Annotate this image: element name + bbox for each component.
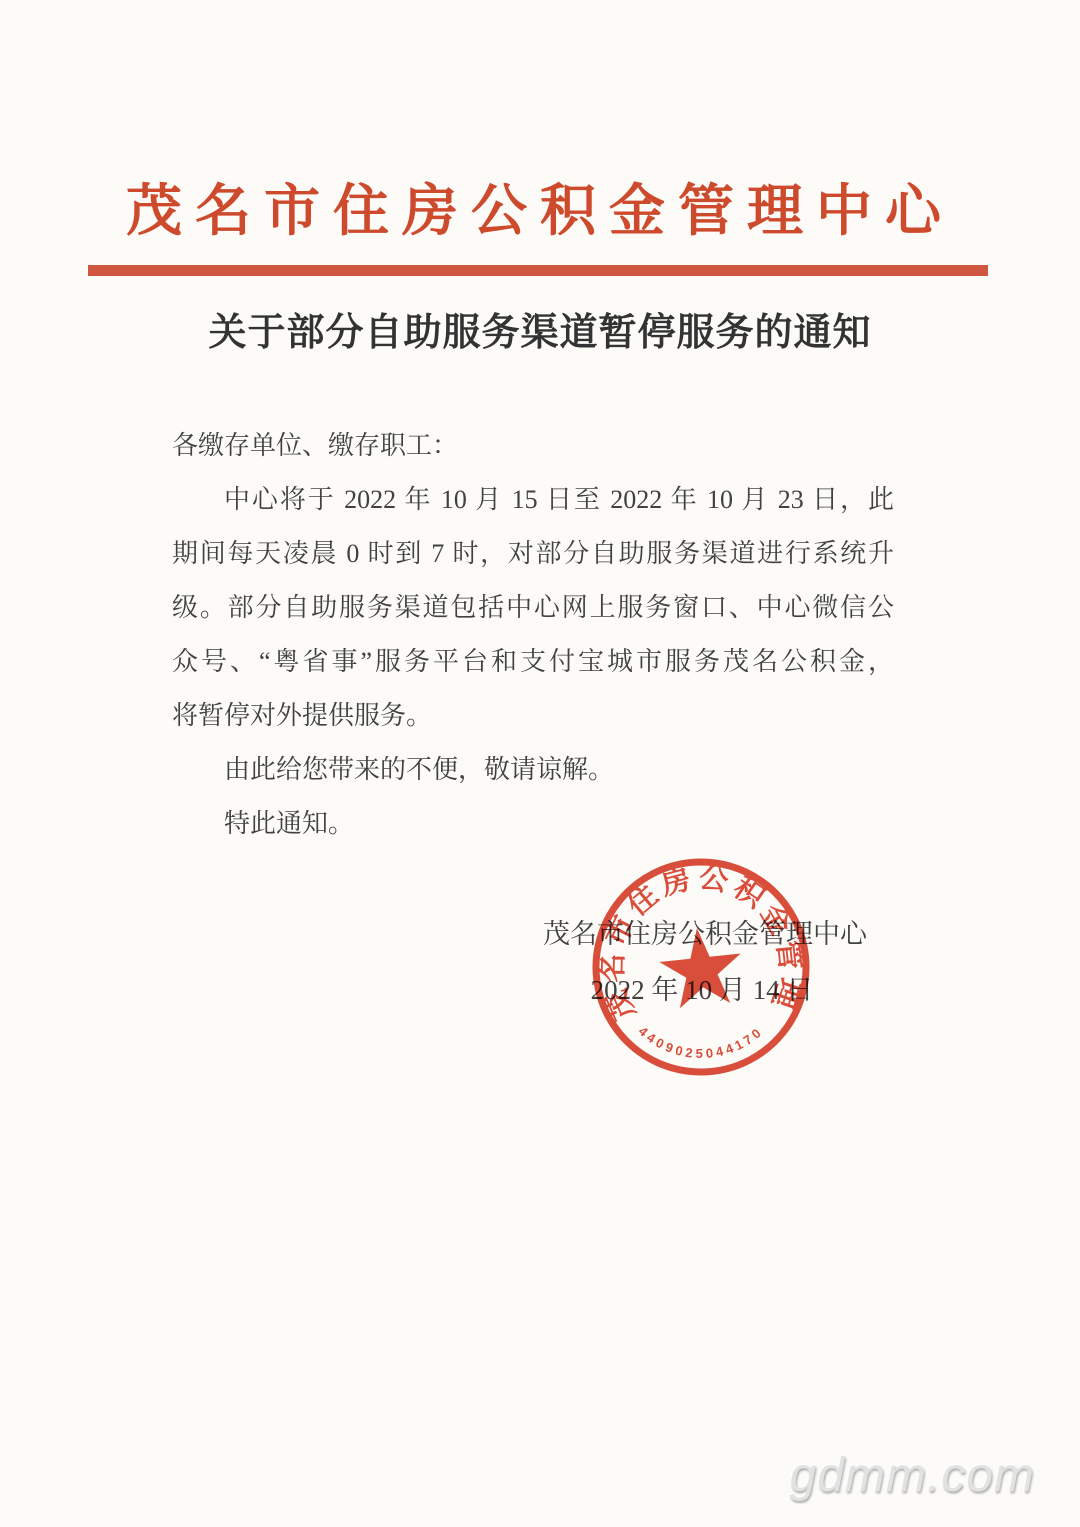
document-body: 各缴存单位、缴存职工： 中心将于 2022 年 10 月 15 日至 2022 … — [172, 419, 894, 851]
document-page: 茂名市住房公积金管理中心 关于部分自助服务渠道暂停服务的通知 各缴存单位、缴存职… — [0, 0, 1080, 1527]
letterhead-rule — [88, 265, 988, 276]
official-seal: 茂名市住房公积金管理中心 4409025044170 — [574, 840, 829, 1095]
seal-ring-text: 茂名市住房公积金管理中心 — [574, 840, 812, 1040]
document-title: 关于部分自助服务渠道暂停服务的通知 — [0, 310, 1080, 356]
body-line: 级。部分自助服务渠道包括中心网上服务窗口、中心微信公 — [172, 581, 894, 635]
salutation: 各缴存单位、缴存职工： — [172, 419, 894, 473]
seal-star-icon — [656, 924, 745, 1010]
watermark: gdmm.com — [790, 1448, 1035, 1503]
body-line: 由此给您带来的不便，敬请谅解。 — [172, 743, 894, 797]
letterhead-org-name: 茂名市住房公积金管理中心 — [0, 180, 1080, 244]
body-line: 期间每天凌晨 0 时到 7 时，对部分自助服务渠道进行系统升 — [172, 527, 894, 581]
body-line: 众号、“粤省事”服务平台和支付宝城市服务茂名公积金， — [172, 635, 894, 689]
body-line: 将暂停对外提供服务。 — [172, 689, 894, 743]
body-line: 中心将于 2022 年 10 月 15 日至 2022 年 10 月 23 日，… — [172, 473, 894, 527]
svg-text:茂名市住房公积金管理中心: 茂名市住房公积金管理中心 — [574, 840, 812, 1040]
body-paragraphs: 中心将于 2022 年 10 月 15 日至 2022 年 10 月 23 日，… — [172, 473, 894, 851]
